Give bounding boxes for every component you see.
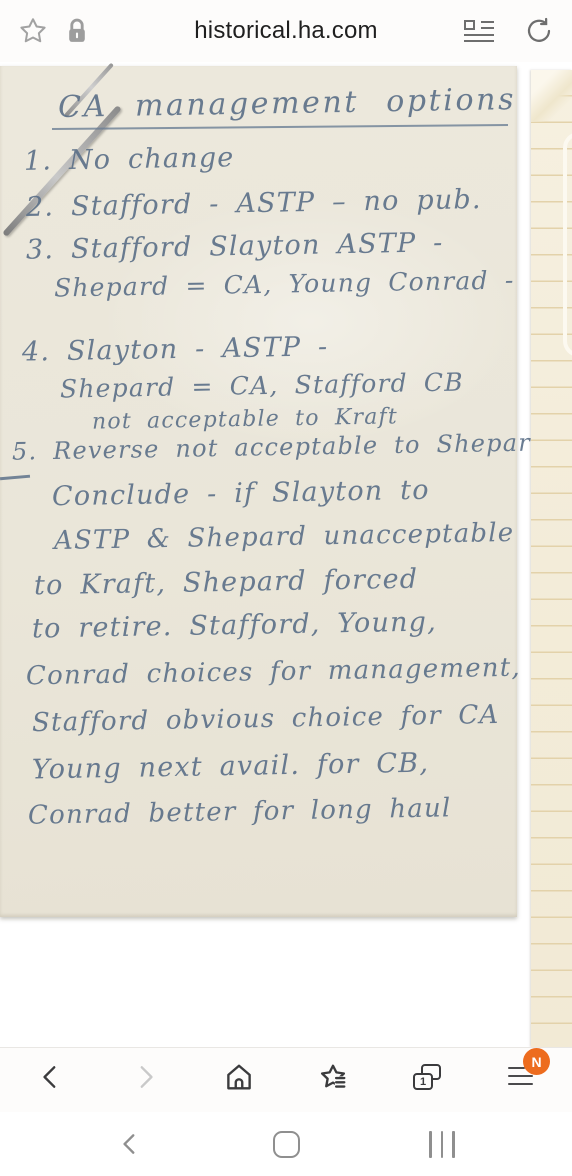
header-underline: [52, 124, 508, 130]
note-line: Conrad better for long haul: [28, 793, 452, 830]
refresh-icon[interactable]: [524, 16, 554, 46]
note-line: Stafford obvious choice for CA: [32, 700, 500, 738]
url-text[interactable]: historical.ha.com: [138, 17, 434, 45]
android-recents-icon[interactable]: [427, 1129, 457, 1159]
note-line: 3. Stafford Slayton ASTP -: [26, 227, 444, 265]
note-line: Conrad choices for management,: [26, 653, 521, 692]
notification-badge: N: [523, 1048, 550, 1075]
handwritten-note-photo[interactable]: CA management options 1. No change 2. St…: [0, 66, 517, 917]
reader-mode-icon[interactable]: [464, 16, 494, 46]
secure-lock-icon[interactable]: [62, 16, 92, 46]
browser-toolbar: 1 N: [0, 1047, 572, 1112]
note-line: Conclude - if Slayton to: [52, 475, 430, 513]
android-nav-bar: [0, 1112, 572, 1176]
note-line: to Kraft, Shepard forced: [34, 564, 419, 602]
note-line: 4. Slayton - ASTP -: [22, 331, 329, 367]
paper-curl: [531, 70, 572, 122]
note-line: 1. No change: [24, 142, 235, 177]
note-line: ASTP & Shepard unacceptable: [54, 518, 515, 556]
home-icon[interactable]: [224, 1062, 254, 1092]
note-line: Young next avail. for CB,: [32, 748, 430, 786]
bookmark-star-icon[interactable]: [18, 16, 48, 46]
forward-icon[interactable]: [130, 1062, 160, 1092]
margin-dash: [0, 475, 30, 480]
note-line: Shepard = CA, Stafford CB: [60, 367, 464, 403]
bookmarks-icon[interactable]: [318, 1062, 348, 1092]
note-header: CA management options: [58, 82, 517, 125]
card-outline: [563, 132, 572, 357]
browser-screen: historical.ha.com CA management options: [0, 0, 572, 1176]
menu-icon[interactable]: N: [506, 1062, 536, 1092]
note-line: Shepard = CA, Young Conrad - CB: [54, 264, 571, 302]
android-back-icon[interactable]: [115, 1129, 145, 1159]
note-line: not acceptable to Kraft: [92, 404, 398, 434]
url-bar[interactable]: historical.ha.com: [0, 0, 572, 62]
android-home-icon[interactable]: [271, 1129, 301, 1159]
tabs-icon[interactable]: 1: [412, 1062, 442, 1092]
note-line: to retire. Stafford, Young,: [32, 606, 437, 644]
second-sheet-photo[interactable]: [531, 70, 572, 1047]
note-line: 2. Stafford - ASTP – no pub.: [26, 184, 482, 223]
back-icon[interactable]: [36, 1062, 66, 1092]
tab-count: 1: [413, 1073, 433, 1090]
page-content: CA management options 1. No change 2. St…: [0, 62, 572, 1047]
